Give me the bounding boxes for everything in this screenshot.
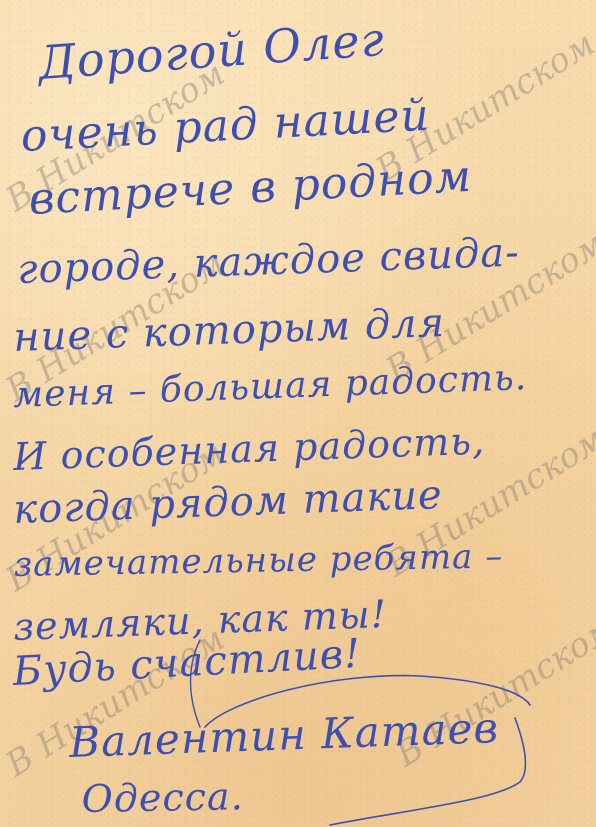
letter-line: встрече в родном (28, 155, 473, 222)
letter-line: городе, каждое свида- (17, 232, 521, 290)
letter-line: очень рад нашей (20, 94, 431, 159)
letter-line: ние с которым для (13, 303, 446, 358)
signature: Валентин Катаев (69, 707, 500, 764)
letter-line: замечательные ребята – (13, 539, 503, 582)
letter-body: Дорогой Олег очень рад нашей встрече в р… (0, 0, 596, 827)
letter-line: когда рядом такие (13, 475, 444, 530)
letter-line: Дорогой Олег (37, 16, 386, 86)
letter-page: В Никитском В Никитском В Никитском В Ни… (0, 0, 596, 827)
letter-line: И особенная радость, (13, 422, 486, 476)
place-odessa: Одесса. (81, 777, 244, 818)
letter-line: меня – большая радость. (13, 360, 528, 414)
